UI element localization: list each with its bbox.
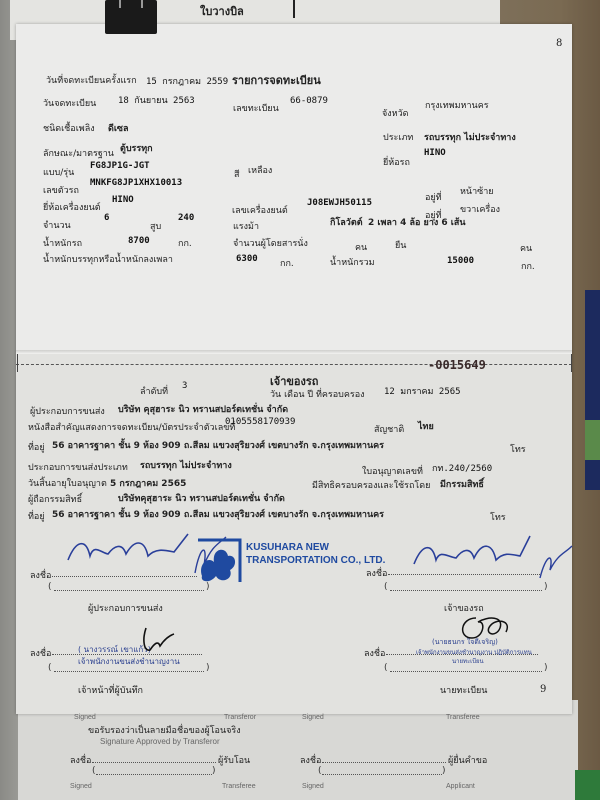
model-label: แบบ/รุ่น xyxy=(43,165,74,179)
chassis-loc-label: อยู่ที่ xyxy=(425,190,442,204)
fold-marker xyxy=(571,354,572,372)
holder-tel-label: โทร xyxy=(490,510,506,524)
chassis-label: เลขตัวรถ xyxy=(43,183,79,197)
signature-line xyxy=(322,762,446,763)
right-label: มีสิทธิครอบครองและใช้รถโดย xyxy=(312,478,430,492)
background-object xyxy=(585,420,600,460)
signed-label: Signed xyxy=(302,783,324,790)
transferee-label: Transferee xyxy=(446,714,480,721)
color-label: สี xyxy=(234,167,240,181)
engine-loc: ขวาเครื่อง xyxy=(460,202,500,216)
gross-unit: กก. xyxy=(521,259,535,273)
nationality-label: สัญชาติ xyxy=(374,422,404,436)
operator: บริษัท คุสุฮาระ นิว ทรานสปอร์ตเทชั่น จำก… xyxy=(118,402,288,416)
officer-title: เจ้าพนักงานขนส่งชำนาญงาน xyxy=(78,655,180,668)
fuel-label: ชนิดเชื้อเพลิง xyxy=(43,121,95,135)
background-sheet-title: ใบวางบิล xyxy=(200,2,244,20)
fold-marker xyxy=(17,354,18,372)
sign-label-owner: ลงชื่อ xyxy=(366,566,387,580)
cc: 240 xyxy=(178,213,194,223)
registrar-role: นายทะเบียน xyxy=(440,683,487,697)
transport-type: รถบรรทุก ไม่ประจำทาง xyxy=(140,458,232,472)
tel-label: โทร xyxy=(510,442,526,456)
owner-signature xyxy=(400,532,580,582)
engine-no: J08EWJH50115 xyxy=(307,198,372,208)
body: ตู้บรรทุก xyxy=(120,141,153,155)
signature-line xyxy=(92,762,216,763)
name-line xyxy=(390,671,542,672)
seats-unit: คน xyxy=(355,240,367,254)
transport-type-label: ประกอบการขนส่งประเภท xyxy=(28,460,128,474)
weight-unit: กก. xyxy=(178,236,192,250)
expiry: 5 กรกฎาคม 2565 xyxy=(110,476,186,490)
model: FG8JP1G-JGT xyxy=(90,161,150,171)
hp-label: แรงม้า xyxy=(233,219,259,233)
right: มีกรรมสิทธิ์ xyxy=(440,477,484,491)
id-number: 0105558170939 xyxy=(225,417,295,427)
section-title-registration: รายการจดทะเบียน xyxy=(232,71,321,89)
officer-signature xyxy=(136,626,176,656)
background-object xyxy=(585,290,600,490)
owner-role: เจ้าของรถ xyxy=(444,601,484,615)
operator-label: ผู้ประกอบการขนส่ง xyxy=(30,404,105,418)
engine-brand-label: ยี่ห้อเครื่องยนต์ xyxy=(43,200,101,214)
signed-label: Signed xyxy=(70,783,92,790)
stand-label: ยืน xyxy=(395,238,406,252)
stand-unit: คน xyxy=(520,241,532,255)
kw-label: กิโลวัตต์ xyxy=(330,215,363,229)
first-reg-label: วันที่จดทะเบียนครั้งแรก xyxy=(46,73,137,87)
type: รถบรรทุก ไม่ประจำทาง xyxy=(424,130,516,144)
operator-role: ผู้ประกอบการขนส่ง xyxy=(88,601,163,615)
reg-date: 18 กันยายน 2563 xyxy=(118,93,195,107)
signature-line xyxy=(52,576,197,577)
province: กรุงเทพมหานคร xyxy=(425,98,489,112)
cylinder-unit: สูบ xyxy=(150,219,161,233)
brand: HINO xyxy=(424,148,446,158)
holder-label: ผู้ถือกรรมสิทธิ์ xyxy=(28,492,82,506)
applicant-en: Applicant xyxy=(446,783,475,790)
first-reg-date: 15 กรกฎาคม 2559 xyxy=(146,74,228,88)
transferee-sign-label: ลงชื่อ xyxy=(70,753,91,767)
name-line xyxy=(322,774,442,775)
sign-label-recorder: ลงชื่อ xyxy=(30,646,51,660)
page-number: 9 xyxy=(540,684,546,695)
address-label: ที่อยู่ xyxy=(28,440,45,454)
name-line xyxy=(54,590,204,591)
gross: 15000 xyxy=(447,256,474,266)
chassis-loc: หน้าซ้าย xyxy=(460,184,494,198)
license: กท.240/2560 xyxy=(432,461,492,475)
holder-address-label: ที่อยู่ xyxy=(28,509,45,523)
plate-label: เลขทะเบียน xyxy=(233,101,279,115)
seq: 3 xyxy=(182,381,187,391)
cylinder-count: 6 xyxy=(104,213,109,223)
transferee-label: Transferee xyxy=(222,783,256,790)
possess-label: วัน เดือน ปี ที่ครอบครอง xyxy=(270,387,365,401)
transferee-th: ผู้รับโอน xyxy=(218,753,250,767)
color: เหลือง xyxy=(248,163,272,177)
registrar-signature xyxy=(456,614,516,644)
signed-label: Signed xyxy=(74,714,96,721)
seats-label: จำนวนผู้โดยสารนั่ง xyxy=(233,236,308,250)
applicant-th: ผู้ยื่นคำขอ xyxy=(448,753,487,767)
holder: บริษัทคุสุฮาระ นิว ทรานสปอร์ตเทชั่น จำกั… xyxy=(118,491,285,505)
weight-label: น้ำหนักรถ xyxy=(43,236,82,250)
sign-label-registrar: ลงชื่อ xyxy=(364,646,385,660)
load-unit: กก. xyxy=(280,256,294,270)
approve-en: Signature Approved by Transferor xyxy=(100,737,220,746)
brand-label: ยี่ห้อรถ xyxy=(383,155,410,169)
registrar-sub: นายทะเบียน xyxy=(452,656,484,666)
serial-number: -0015649 xyxy=(428,358,486,372)
engine-no-label: เลขเครื่องยนต์ xyxy=(232,203,288,217)
gross-label: น้ำหนักรวม xyxy=(330,255,375,269)
nationality: ไทย xyxy=(418,419,434,433)
stamp-text-line1: KUSUHARA NEW xyxy=(246,542,329,554)
seq-label: ลำดับที่ xyxy=(140,384,168,398)
company-stamp-logo xyxy=(192,536,244,586)
body-label: ลักษณะ/มาตรฐาน xyxy=(43,146,114,160)
engine-brand: HINO xyxy=(112,195,134,205)
stamp-text-line2: TRANSPORTATION CO., LTD. xyxy=(246,555,385,567)
applicant-sign-label: ลงชื่อ xyxy=(300,753,321,767)
transferor-label: Transferor xyxy=(224,714,256,721)
perforation-line xyxy=(16,364,572,365)
weight: 8700 xyxy=(128,236,150,246)
page-fold xyxy=(16,350,572,354)
page-number: 8 xyxy=(556,38,562,49)
load: 6300 xyxy=(236,254,258,264)
binder-clip xyxy=(105,0,157,34)
license-label: ใบอนุญาตเลขที่ xyxy=(362,464,423,478)
province-label: จังหวัด xyxy=(382,106,409,120)
name-line xyxy=(96,774,212,775)
cylinder-count-label: จำนวน xyxy=(43,218,71,232)
sign-label-operator: ลงชื่อ xyxy=(30,568,51,582)
plate: 66-0879 xyxy=(290,96,328,106)
signed-label: Signed xyxy=(302,714,324,721)
type-label: ประเภท xyxy=(383,130,413,144)
operator-signature xyxy=(64,532,194,572)
expiry-label: วันสิ้นอายุใบอนุญาต xyxy=(28,476,107,490)
approve-th: ขอรับรองว่าเป็นลายมือชื่อของผู้โอนจริง xyxy=(88,723,241,737)
fuel: ดีเซล xyxy=(108,121,129,135)
address: 56 อาคารฐาคา ชั้น 9 ห้อง 909 ถ.สีลม แขวง… xyxy=(52,438,384,452)
underlying-sheet xyxy=(18,700,578,800)
recorder-role: เจ้าหน้าที่ผู้บันทึก xyxy=(78,683,143,697)
holder-address: 56 อาคารฐาคา ชั้น 9 ห้อง 909 ถ.สีลม แขวง… xyxy=(52,507,384,521)
name-line xyxy=(390,590,542,591)
load-label: น้ำหนักบรรทุกหรือน้ำหนักลงเพลา xyxy=(43,252,173,266)
axle-text: 2 เพลา 4 ล้อ ยาง 6 เส้น xyxy=(368,215,466,229)
reg-date-label: วันจดทะเบียน xyxy=(43,96,96,110)
background-object xyxy=(575,770,600,800)
id-label: หนังสือสำคัญแสดงการจดทะเบียน/บัตรประจำตั… xyxy=(28,420,235,434)
chassis: MNKFG8JP1XHX10013 xyxy=(90,178,182,188)
name-line xyxy=(54,671,204,672)
possess-date: 12 มกราคม 2565 xyxy=(384,384,461,398)
